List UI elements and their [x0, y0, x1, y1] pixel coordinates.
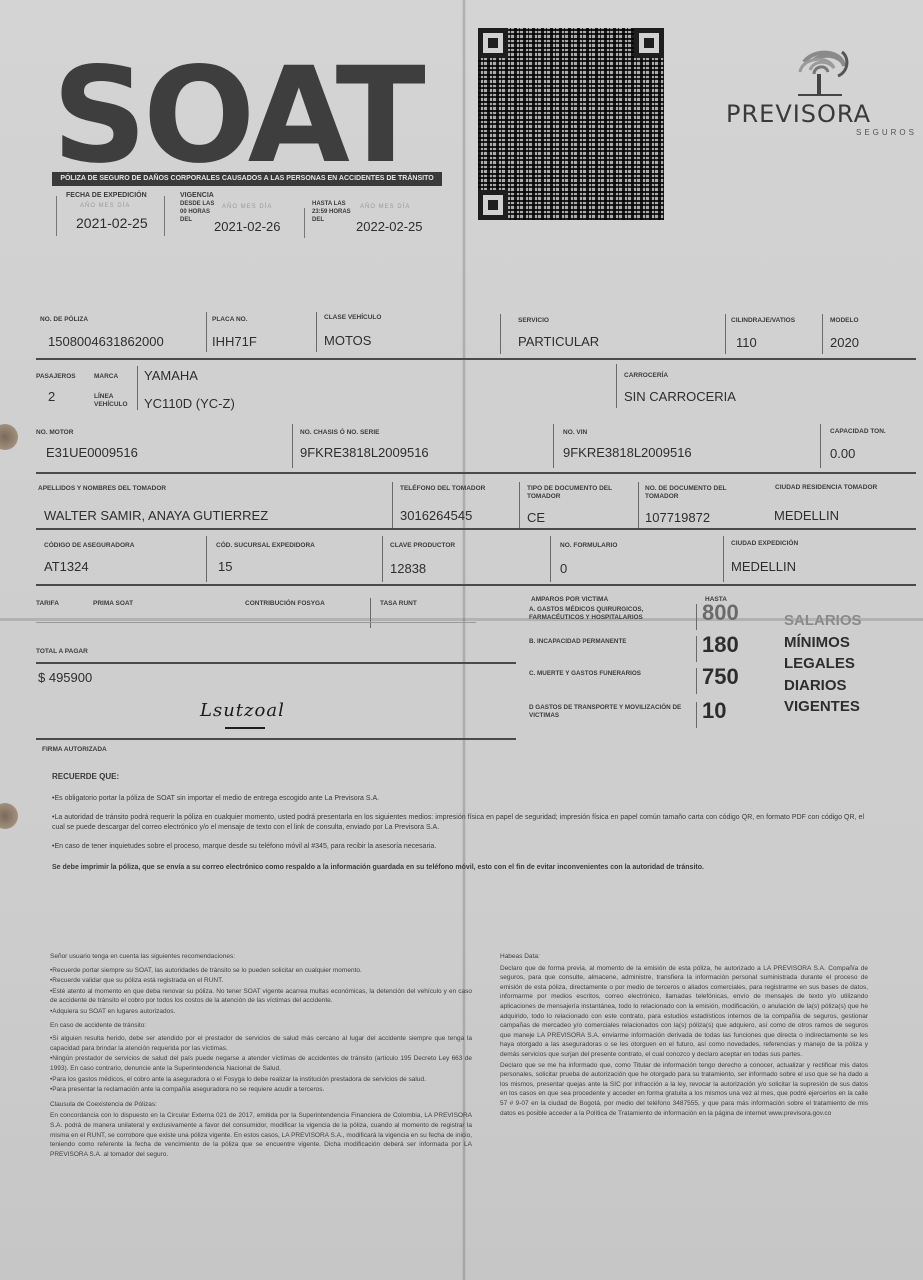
divider [822, 314, 823, 354]
recuerde-item: •La autoridad de tránsito podrá requerir… [52, 813, 864, 832]
vigencia-label: VIGENCIA [180, 192, 220, 200]
unit-line: VIGENTES [784, 696, 862, 718]
coverage-item-label: C. MUERTE Y GASTOS FUNERARIOS [529, 670, 689, 678]
modelo-value: 2020 [830, 335, 859, 350]
chasis-value: 9FKRE3818L2009516 [300, 445, 429, 460]
date-format-hint: AÑO MES DÍA [80, 203, 148, 209]
divider [696, 702, 697, 728]
coverage-item-value: 800 [702, 600, 739, 626]
poliza-value: 1508004631862000 [48, 334, 164, 349]
pasajeros-value: 2 [48, 389, 55, 404]
insurer-subtitle: SEGUROS [856, 128, 917, 137]
marca-value: YAMAHA [144, 368, 198, 383]
accident-item: •Para los gastos médicos, el cobro ante … [50, 1075, 472, 1085]
recommendations-intro: Señor usuario tenga en cuenta las siguie… [50, 952, 472, 962]
clase-vehiculo-value: MOTOS [324, 333, 371, 348]
qr-finder-pattern [478, 190, 508, 220]
habeas-data-paragraph: Declaro que de forma previa, al momento … [500, 964, 868, 1060]
coverage-item-label: B. INCAPACIDAD PERMANENTE [529, 638, 689, 646]
divider [370, 598, 371, 628]
accident-item: •Para presentar la reclamación ante la c… [50, 1085, 472, 1095]
unit-line: SALARIOS [784, 610, 862, 632]
unit-line: MÍNIMOS [784, 632, 862, 654]
hasta-label: HASTA LAS 23:59 HORAS DEL [312, 200, 352, 224]
contribucion-fosyga-label: CONTRIBUCIÓN FOSYGA [245, 600, 325, 608]
clave-productor-label: CLAVE PRODUCTOR [390, 542, 455, 550]
ciudad-expedicion-value: MEDELLIN [731, 559, 796, 574]
recommendation-item: •Recuerde validar que su póliza está reg… [50, 976, 472, 986]
divider [392, 482, 393, 528]
coverage-unit: SALARIOS MÍNIMOS LEGALES DIARIOS VIGENTE… [784, 610, 862, 718]
numero-documento-value: 107719872 [645, 510, 710, 525]
sucursal-label: CÓD. SUCURSAL EXPEDIDORA [216, 542, 315, 550]
divider [696, 604, 697, 630]
coverage-item-value: 10 [702, 698, 726, 724]
formulario-value: 0 [560, 561, 567, 576]
recuerde-title: RECUERDE QUE: [52, 772, 864, 782]
capacidad-value: 0.00 [830, 446, 855, 461]
fecha-expedicion: FECHA DE EXPEDICIÓN AÑO MES DÍA 2021-02-… [66, 192, 148, 231]
clase-vehiculo-label: CLASE VEHÍCULO [324, 314, 381, 322]
divider [519, 482, 520, 528]
vigencia-hasta-value: 2022-02-25 [356, 219, 423, 234]
divider [206, 312, 207, 352]
soat-logo: SOAT [52, 56, 442, 176]
signature-underline [225, 727, 265, 729]
divider [206, 536, 207, 582]
marca-label: MARCA [94, 373, 118, 381]
motor-value: E31UE0009516 [46, 445, 138, 460]
divider [725, 314, 726, 354]
divider [382, 536, 383, 582]
codigo-aseguradora-value: AT1324 [44, 559, 89, 574]
capacidad-label: CAPACIDAD TON. [830, 428, 886, 436]
ciudad-residencia-value: MEDELLIN [774, 508, 839, 523]
firma-autorizada-label: FIRMA AUTORIZADA [42, 746, 107, 754]
total-value: $ 495900 [38, 670, 92, 685]
divider [616, 364, 617, 408]
row-divider [36, 358, 916, 360]
recommendation-item: •Recuerde portar siempre su SOAT, las au… [50, 966, 472, 976]
unit-line: LEGALES [784, 653, 862, 675]
vin-label: No. VIN [563, 429, 587, 437]
recommendation-item: •Esté atento al momento en que deba reno… [50, 987, 472, 1006]
motor-label: No. MOTOR [36, 429, 73, 437]
unit-line: DIARIOS [784, 675, 862, 697]
recuerde-item: •Es obligatorio portar la póliza de SOAT… [52, 794, 864, 804]
qr-finder-pattern [634, 28, 664, 58]
divider [316, 312, 317, 352]
divider [292, 424, 293, 468]
row-divider [36, 738, 516, 740]
tomador-telefono-label: TELÉFONO DEL TOMADOR [400, 485, 485, 493]
amparos-label: AMPAROS POR VICTIMA [531, 596, 608, 604]
divider [137, 366, 138, 410]
date-format-hint: AÑO MES DÍA [360, 204, 410, 210]
tipo-documento-value: CE [527, 510, 545, 525]
codigo-aseguradora-label: CÓDIGO DE ASEGURADORA [44, 542, 134, 550]
tomador-nombre-value: WALTER SAMIR, ANAYA GUTIERREZ [44, 508, 268, 523]
row-divider [36, 472, 916, 474]
servicio-label: SERVICIO [518, 317, 549, 325]
divider [553, 424, 554, 468]
coverage-item-label: D GASTOS DE TRANSPORTE Y MOVILIZACIÓN DE… [529, 704, 689, 720]
formulario-label: No. FORMULARIO [560, 542, 617, 550]
placa-label: PLACA No. [212, 316, 248, 324]
faded-values-line [36, 622, 476, 623]
date-format-hint: AÑO MES DÍA [222, 204, 272, 210]
divider [723, 536, 724, 582]
prima-soat-label: PRIMA SOAT [93, 600, 133, 608]
divider [164, 196, 165, 236]
coverage-item-value: 180 [702, 632, 739, 658]
divider [696, 668, 697, 694]
vigencia-desde-value: 2021-02-26 [214, 219, 281, 234]
row-divider [36, 662, 516, 664]
accident-item: •Si alguien resulta herido, debe ser ate… [50, 1034, 472, 1053]
tree-logo-icon [784, 44, 854, 100]
ciudad-residencia-label: CIUDAD RESIDENCIA TOMADOR [775, 484, 877, 492]
row-divider [36, 528, 916, 530]
poliza-label: No. DE PÓLIZA [40, 316, 88, 324]
accident-item: •Ningún prestador de servicios de salud … [50, 1054, 472, 1073]
coverage-item-label: A. GASTOS MÉDICOS QUIRURGICOS, FARMACÉUT… [529, 606, 689, 622]
numero-documento-label: No. DE DOCUMENTO DEL TOMADOR [645, 485, 735, 501]
fecha-expedicion-value: 2021-02-25 [76, 215, 148, 231]
punch-hole-icon [0, 424, 18, 450]
tasa-runt-label: TASA RUNT [380, 600, 417, 608]
row-divider [36, 584, 916, 586]
recuerde-item: •En caso de tener inquietudes sobre el p… [52, 842, 864, 852]
chasis-label: No. CHASIS ó No. SERIE [300, 429, 379, 437]
clave-productor-value: 12838 [390, 561, 426, 576]
tomador-telefono-value: 3016264545 [400, 508, 472, 523]
divider [56, 196, 57, 236]
recuerde-bold-note: Se debe imprimir la póliza, que se envía… [52, 863, 864, 873]
divider [550, 536, 551, 582]
ciudad-expedicion-label: CIUDAD EXPEDICIÓN [731, 540, 798, 548]
total-label: TOTAL A PAGAR [36, 648, 88, 656]
linea-label: LÍNEA VEHÍCULO [94, 393, 130, 409]
tipo-documento-label: TIPO DE DOCUMENTO DEL TOMADOR [527, 485, 617, 501]
divider [500, 314, 501, 354]
recommendation-item: •Adquiera su SOAT en lugares autorizados… [50, 1007, 472, 1017]
accident-title: En caso de accidente de tránsito: [50, 1021, 472, 1031]
divider [696, 636, 697, 662]
qr-finder-pattern [478, 28, 508, 58]
previsora-logo: PREVISORA SEGUROS [726, 40, 921, 140]
soat-policy-document: SOAT PÓLIZA DE SEGURO DE DAÑOS CORPORALE… [0, 0, 923, 1280]
tarifa-label: TARIFA [36, 600, 59, 608]
vin-value: 9FKRE3818L2009516 [563, 445, 692, 460]
cilindraje-label: CILINDRAJE/VATIOS [731, 317, 795, 325]
coverage-item-value: 750 [702, 664, 739, 690]
servicio-value: PARTICULAR [518, 334, 599, 349]
pasajeros-label: PASAJEROS [36, 373, 76, 381]
carroceria-value: SIN CARROCERIA [624, 389, 736, 404]
modelo-label: MODELO [830, 317, 859, 325]
recommendations-column: Señor usuario tenga en cuenta las siguie… [50, 952, 472, 1160]
insurer-name: PREVISORA [726, 100, 871, 128]
placa-value: IHH71F [212, 334, 257, 349]
authorized-signature: Lsutzoal [200, 700, 285, 721]
carroceria-label: CARROCERÍA [624, 372, 668, 380]
divider [304, 208, 305, 238]
habeas-data-paragraph: Declaro que se me ha informado que, como… [500, 1061, 868, 1119]
clause-text: En concordancia con lo dispuesto en la C… [50, 1111, 472, 1159]
recuerde-section: RECUERDE QUE: •Es obligatorio portar la … [52, 772, 864, 872]
soat-subtitle-band: PÓLIZA DE SEGURO DE DAÑOS CORPORALES CAU… [52, 172, 442, 186]
linea-value: YC110D (YC-Z) [144, 396, 235, 411]
fecha-expedicion-label: FECHA DE EXPEDICIÓN [66, 192, 148, 199]
habeas-data-title: Habeas Data: [500, 952, 868, 962]
divider [638, 482, 639, 528]
cilindraje-value: 110 [736, 335, 757, 350]
sucursal-value: 15 [218, 559, 232, 574]
punch-hole-icon [0, 803, 18, 829]
tomador-nombre-label: APELLIDOS Y NOMBRES DEL TOMADOR [38, 485, 166, 493]
clause-title: Clausula de Coexistencia de Pólizas: [50, 1100, 472, 1110]
habeas-data-column: Habeas Data: Declaro que de forma previa… [500, 952, 868, 1119]
qr-code [478, 28, 664, 220]
divider [820, 424, 821, 468]
